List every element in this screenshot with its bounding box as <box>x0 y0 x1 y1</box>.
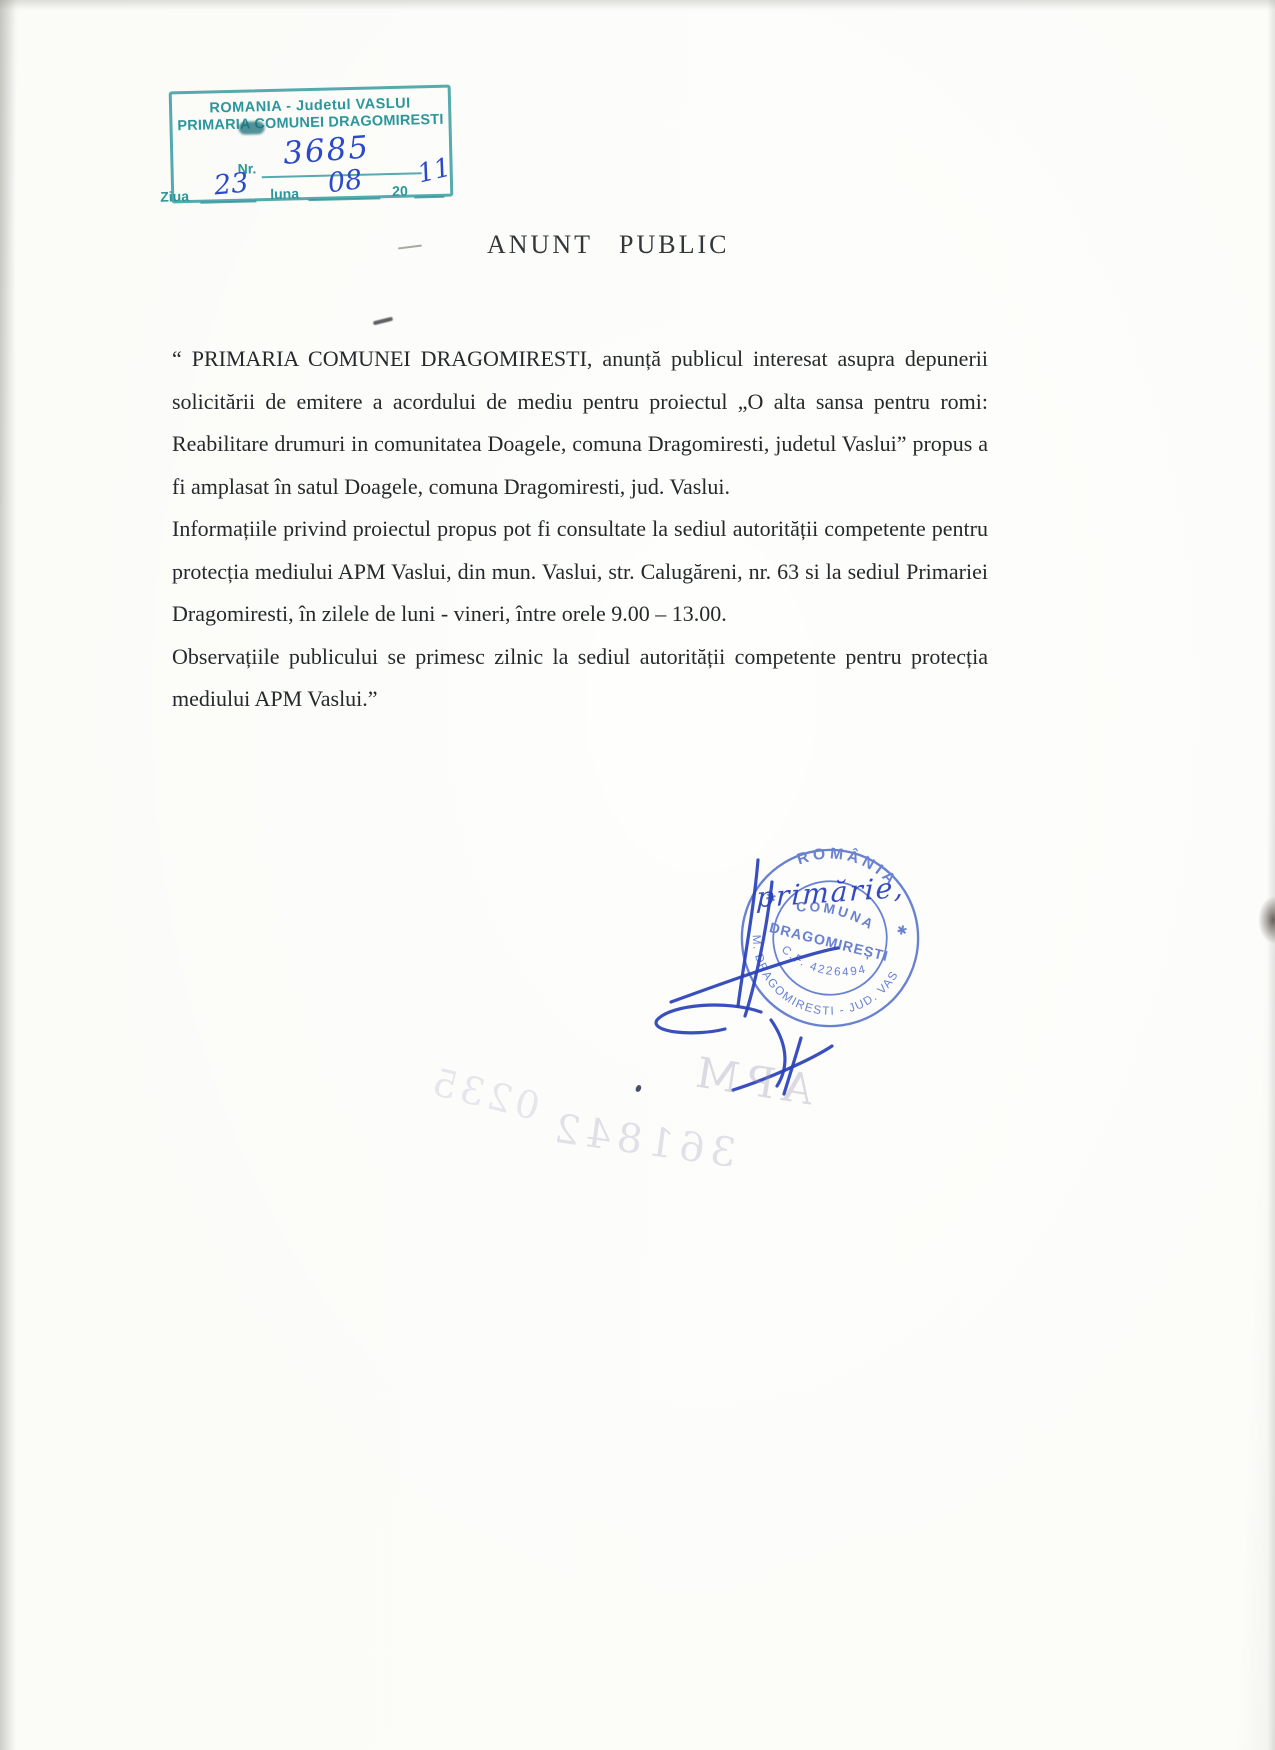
day-underline <box>200 200 256 203</box>
page-title-word2: PUBLIC <box>619 230 729 259</box>
stamp-star-right-icon: ✱ <box>895 922 909 939</box>
year-prefix: 20 <box>392 183 408 199</box>
scan-edge-shadow-left <box>0 0 16 1750</box>
year-handwritten: 11 <box>415 153 454 190</box>
scan-edge-shadow-top <box>0 0 1275 10</box>
month-underline <box>308 197 380 201</box>
day-label: Ziua <box>160 188 189 205</box>
page-title-word1: ANUNT <box>487 230 593 259</box>
day-handwritten: 23 <box>213 167 250 201</box>
scanned-document-page: ROMANIA - Judetul VASLUI PRIMARIA COMUNE… <box>0 0 1275 1750</box>
announcement-body: “ PRIMARIA COMUNEI DRAGOMIRESTI, anunță … <box>172 338 988 721</box>
page-title: ANUNTPUBLIC <box>487 230 729 260</box>
month-label: luna <box>270 185 299 202</box>
month-handwritten: 08 <box>326 164 364 199</box>
bleed-through-digits-partial: 0235 <box>424 1059 544 1129</box>
paragraph-announcement: “ PRIMARIA COMUNEI DRAGOMIRESTI, anunță … <box>172 338 988 508</box>
scan-edge-smudge <box>1258 896 1275 944</box>
registration-date-row: Ziua 23 luna 08 20 11 <box>160 175 461 208</box>
signature-stroke <box>656 1005 761 1033</box>
year-underline <box>414 196 444 199</box>
paragraph-information: Informațiile privind proiectul propus po… <box>172 508 988 636</box>
pencil-dash-mark <box>398 245 422 250</box>
ink-dash-mark <box>373 317 393 326</box>
bleed-through-digits: 361842 <box>546 1105 739 1177</box>
scan-edge-shadow-right <box>1267 0 1275 1750</box>
registration-stamp: ROMANIA - Judetul VASLUI PRIMARIA COMUNE… <box>169 85 454 204</box>
stamp-ink-blot <box>238 121 264 135</box>
signature-stroke <box>745 882 772 1016</box>
paragraph-observations: Observațiile publicului se primesc zilni… <box>172 636 988 721</box>
